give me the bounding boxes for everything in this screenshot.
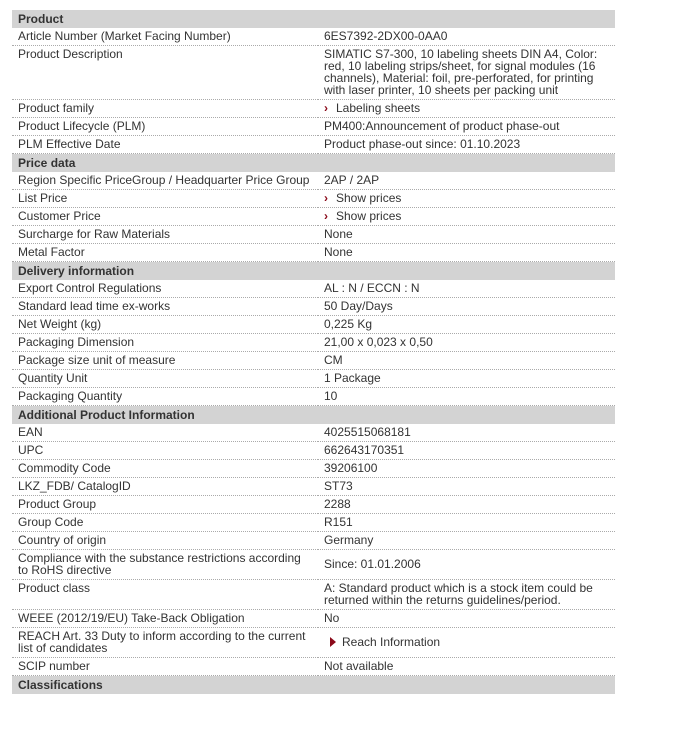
spec-row-quantity-unit: Quantity Unit1 Package	[12, 370, 615, 388]
spec-value: None	[318, 244, 615, 262]
spec-label: Export Control Regulations	[12, 280, 318, 298]
link-label: Reach Information	[342, 636, 440, 648]
spec-row-packaging-dimension: Packaging Dimension21,00 x 0,023 x 0,50	[12, 334, 615, 352]
section-title: Classifications	[12, 676, 615, 695]
spec-value: A: Standard product which is a stock ite…	[318, 580, 615, 610]
spec-label: UPC	[12, 442, 318, 460]
spec-value: 662643170351	[318, 442, 615, 460]
spec-value: No	[318, 610, 615, 628]
spec-value: Not available	[318, 658, 615, 676]
spec-value: R151	[318, 514, 615, 532]
spec-row-package-size-unit-of-measure: Package size unit of measureCM	[12, 352, 615, 370]
section-title: Price data	[12, 154, 615, 173]
spec-label: Quantity Unit	[12, 370, 318, 388]
spec-row-surcharge-for-raw-materials: Surcharge for Raw MaterialsNone	[12, 226, 615, 244]
show-prices-link[interactable]: ›Show prices	[324, 210, 401, 222]
spec-label: List Price	[12, 190, 318, 208]
spec-value: Product phase-out since: 01.10.2023	[318, 136, 615, 154]
spec-label: Product Group	[12, 496, 318, 514]
spec-row-region-specific-pricegroup-headquarter-p: Region Specific PriceGroup / Headquarter…	[12, 172, 615, 190]
spec-value: 4025515068181	[318, 424, 615, 442]
section-header-price-data: Price data	[12, 154, 615, 173]
section-header-delivery-information: Delivery information	[12, 262, 615, 281]
spec-label: LKZ_FDB/ CatalogID	[12, 478, 318, 496]
spec-row-export-control-regulations: Export Control RegulationsAL : N / ECCN …	[12, 280, 615, 298]
spec-label: PLM Effective Date	[12, 136, 318, 154]
spec-row-metal-factor: Metal FactorNone	[12, 244, 615, 262]
spec-value: 39206100	[318, 460, 615, 478]
spec-row-lkz-fdb-catalogid: LKZ_FDB/ CatalogIDST73	[12, 478, 615, 496]
spec-row-list-price: List Price›Show prices	[12, 190, 615, 208]
triangle-right-icon	[330, 637, 336, 647]
spec-row-customer-price: Customer Price›Show prices	[12, 208, 615, 226]
spec-row-packaging-quantity: Packaging Quantity10	[12, 388, 615, 406]
spec-value: 2288	[318, 496, 615, 514]
spec-label: Product Description	[12, 46, 318, 100]
section-header-classifications: Classifications	[12, 676, 615, 695]
spec-value: Germany	[318, 532, 615, 550]
spec-row-product-description: Product DescriptionSIMATIC S7-300, 10 la…	[12, 46, 615, 100]
spec-row-product-class: Product classA: Standard product which i…	[12, 580, 615, 610]
chevron-right-icon: ›	[324, 192, 330, 204]
spec-row-plm-effective-date: PLM Effective DateProduct phase-out sinc…	[12, 136, 615, 154]
spec-value: Reach Information	[318, 628, 615, 658]
spec-value: 10	[318, 388, 615, 406]
spec-value: 6ES7392-2DX00-0AA0	[318, 28, 615, 46]
spec-value: ›Show prices	[318, 190, 615, 208]
labeling-sheets-link[interactable]: ›Labeling sheets	[324, 102, 420, 114]
spec-label: EAN	[12, 424, 318, 442]
spec-label: Standard lead time ex-works	[12, 298, 318, 316]
spec-label: Customer Price	[12, 208, 318, 226]
section-header-additional-product-information: Additional Product Information	[12, 406, 615, 425]
spec-label: Region Specific PriceGroup / Headquarter…	[12, 172, 318, 190]
spec-row-upc: UPC662643170351	[12, 442, 615, 460]
link-label: Show prices	[336, 192, 401, 204]
section-title: Product	[12, 10, 615, 28]
spec-label: WEEE (2012/19/EU) Take-Back Obligation	[12, 610, 318, 628]
spec-label: Group Code	[12, 514, 318, 532]
spec-value: ›Show prices	[318, 208, 615, 226]
spec-label: Country of origin	[12, 532, 318, 550]
spec-value: None	[318, 226, 615, 244]
spec-value: 2AP / 2AP	[318, 172, 615, 190]
spec-row-net-weight-kg: Net Weight (kg)0,225 Kg	[12, 316, 615, 334]
spec-label: Metal Factor	[12, 244, 318, 262]
spec-value: CM	[318, 352, 615, 370]
spec-label: Package size unit of measure	[12, 352, 318, 370]
link-label: Show prices	[336, 210, 401, 222]
spec-row-product-lifecycle-plm: Product Lifecycle (PLM)PM400:Announcemen…	[12, 118, 615, 136]
spec-row-product-family: Product family›Labeling sheets	[12, 100, 615, 118]
spec-value: ›Labeling sheets	[318, 100, 615, 118]
spec-value: PM400:Announcement of product phase-out	[318, 118, 615, 136]
spec-value: 21,00 x 0,023 x 0,50	[318, 334, 615, 352]
spec-value: 50 Day/Days	[318, 298, 615, 316]
spec-value: 1 Package	[318, 370, 615, 388]
spec-value: Since: 01.01.2006	[318, 550, 615, 580]
spec-row-ean: EAN4025515068181	[12, 424, 615, 442]
spec-row-scip-number: SCIP numberNot available	[12, 658, 615, 676]
section-header-product: Product	[12, 10, 615, 28]
spec-row-group-code: Group CodeR151	[12, 514, 615, 532]
spec-label: Product Lifecycle (PLM)	[12, 118, 318, 136]
spec-row-article-number-market-facing-number: Article Number (Market Facing Number)6ES…	[12, 28, 615, 46]
spec-value: ST73	[318, 478, 615, 496]
spec-row-compliance-with-the-substance-restrictio: Compliance with the substance restrictio…	[12, 550, 615, 580]
spec-label: Compliance with the substance restrictio…	[12, 550, 318, 580]
spec-label: Surcharge for Raw Materials	[12, 226, 318, 244]
spec-label: Article Number (Market Facing Number)	[12, 28, 318, 46]
spec-label: Packaging Quantity	[12, 388, 318, 406]
spec-value: 0,225 Kg	[318, 316, 615, 334]
chevron-right-icon: ›	[324, 102, 330, 114]
spec-label: REACH Art. 33 Duty to inform according t…	[12, 628, 318, 658]
section-title: Additional Product Information	[12, 406, 615, 425]
spec-label: Commodity Code	[12, 460, 318, 478]
spec-label: Net Weight (kg)	[12, 316, 318, 334]
spec-label: Product family	[12, 100, 318, 118]
spec-row-standard-lead-time-ex-works: Standard lead time ex-works50 Day/Days	[12, 298, 615, 316]
spec-label: Packaging Dimension	[12, 334, 318, 352]
spec-row-product-group: Product Group2288	[12, 496, 615, 514]
spec-label: Product class	[12, 580, 318, 610]
show-prices-link[interactable]: ›Show prices	[324, 192, 401, 204]
spec-row-commodity-code: Commodity Code39206100	[12, 460, 615, 478]
section-title: Delivery information	[12, 262, 615, 281]
spec-value: AL : N / ECCN : N	[318, 280, 615, 298]
chevron-right-icon: ›	[324, 210, 330, 222]
spec-label: SCIP number	[12, 658, 318, 676]
spec-row-weee-2012-19-eu-take-back-obligation: WEEE (2012/19/EU) Take-Back ObligationNo	[12, 610, 615, 628]
link-label: Labeling sheets	[336, 102, 420, 114]
product-spec-table: ProductArticle Number (Market Facing Num…	[12, 10, 615, 694]
spec-row-country-of-origin: Country of originGermany	[12, 532, 615, 550]
spec-row-reach-art-33-duty-to-inform-according-to: REACH Art. 33 Duty to inform according t…	[12, 628, 615, 658]
spec-value: SIMATIC S7-300, 10 labeling sheets DIN A…	[318, 46, 615, 100]
reach-information-link[interactable]: Reach Information	[324, 636, 440, 648]
